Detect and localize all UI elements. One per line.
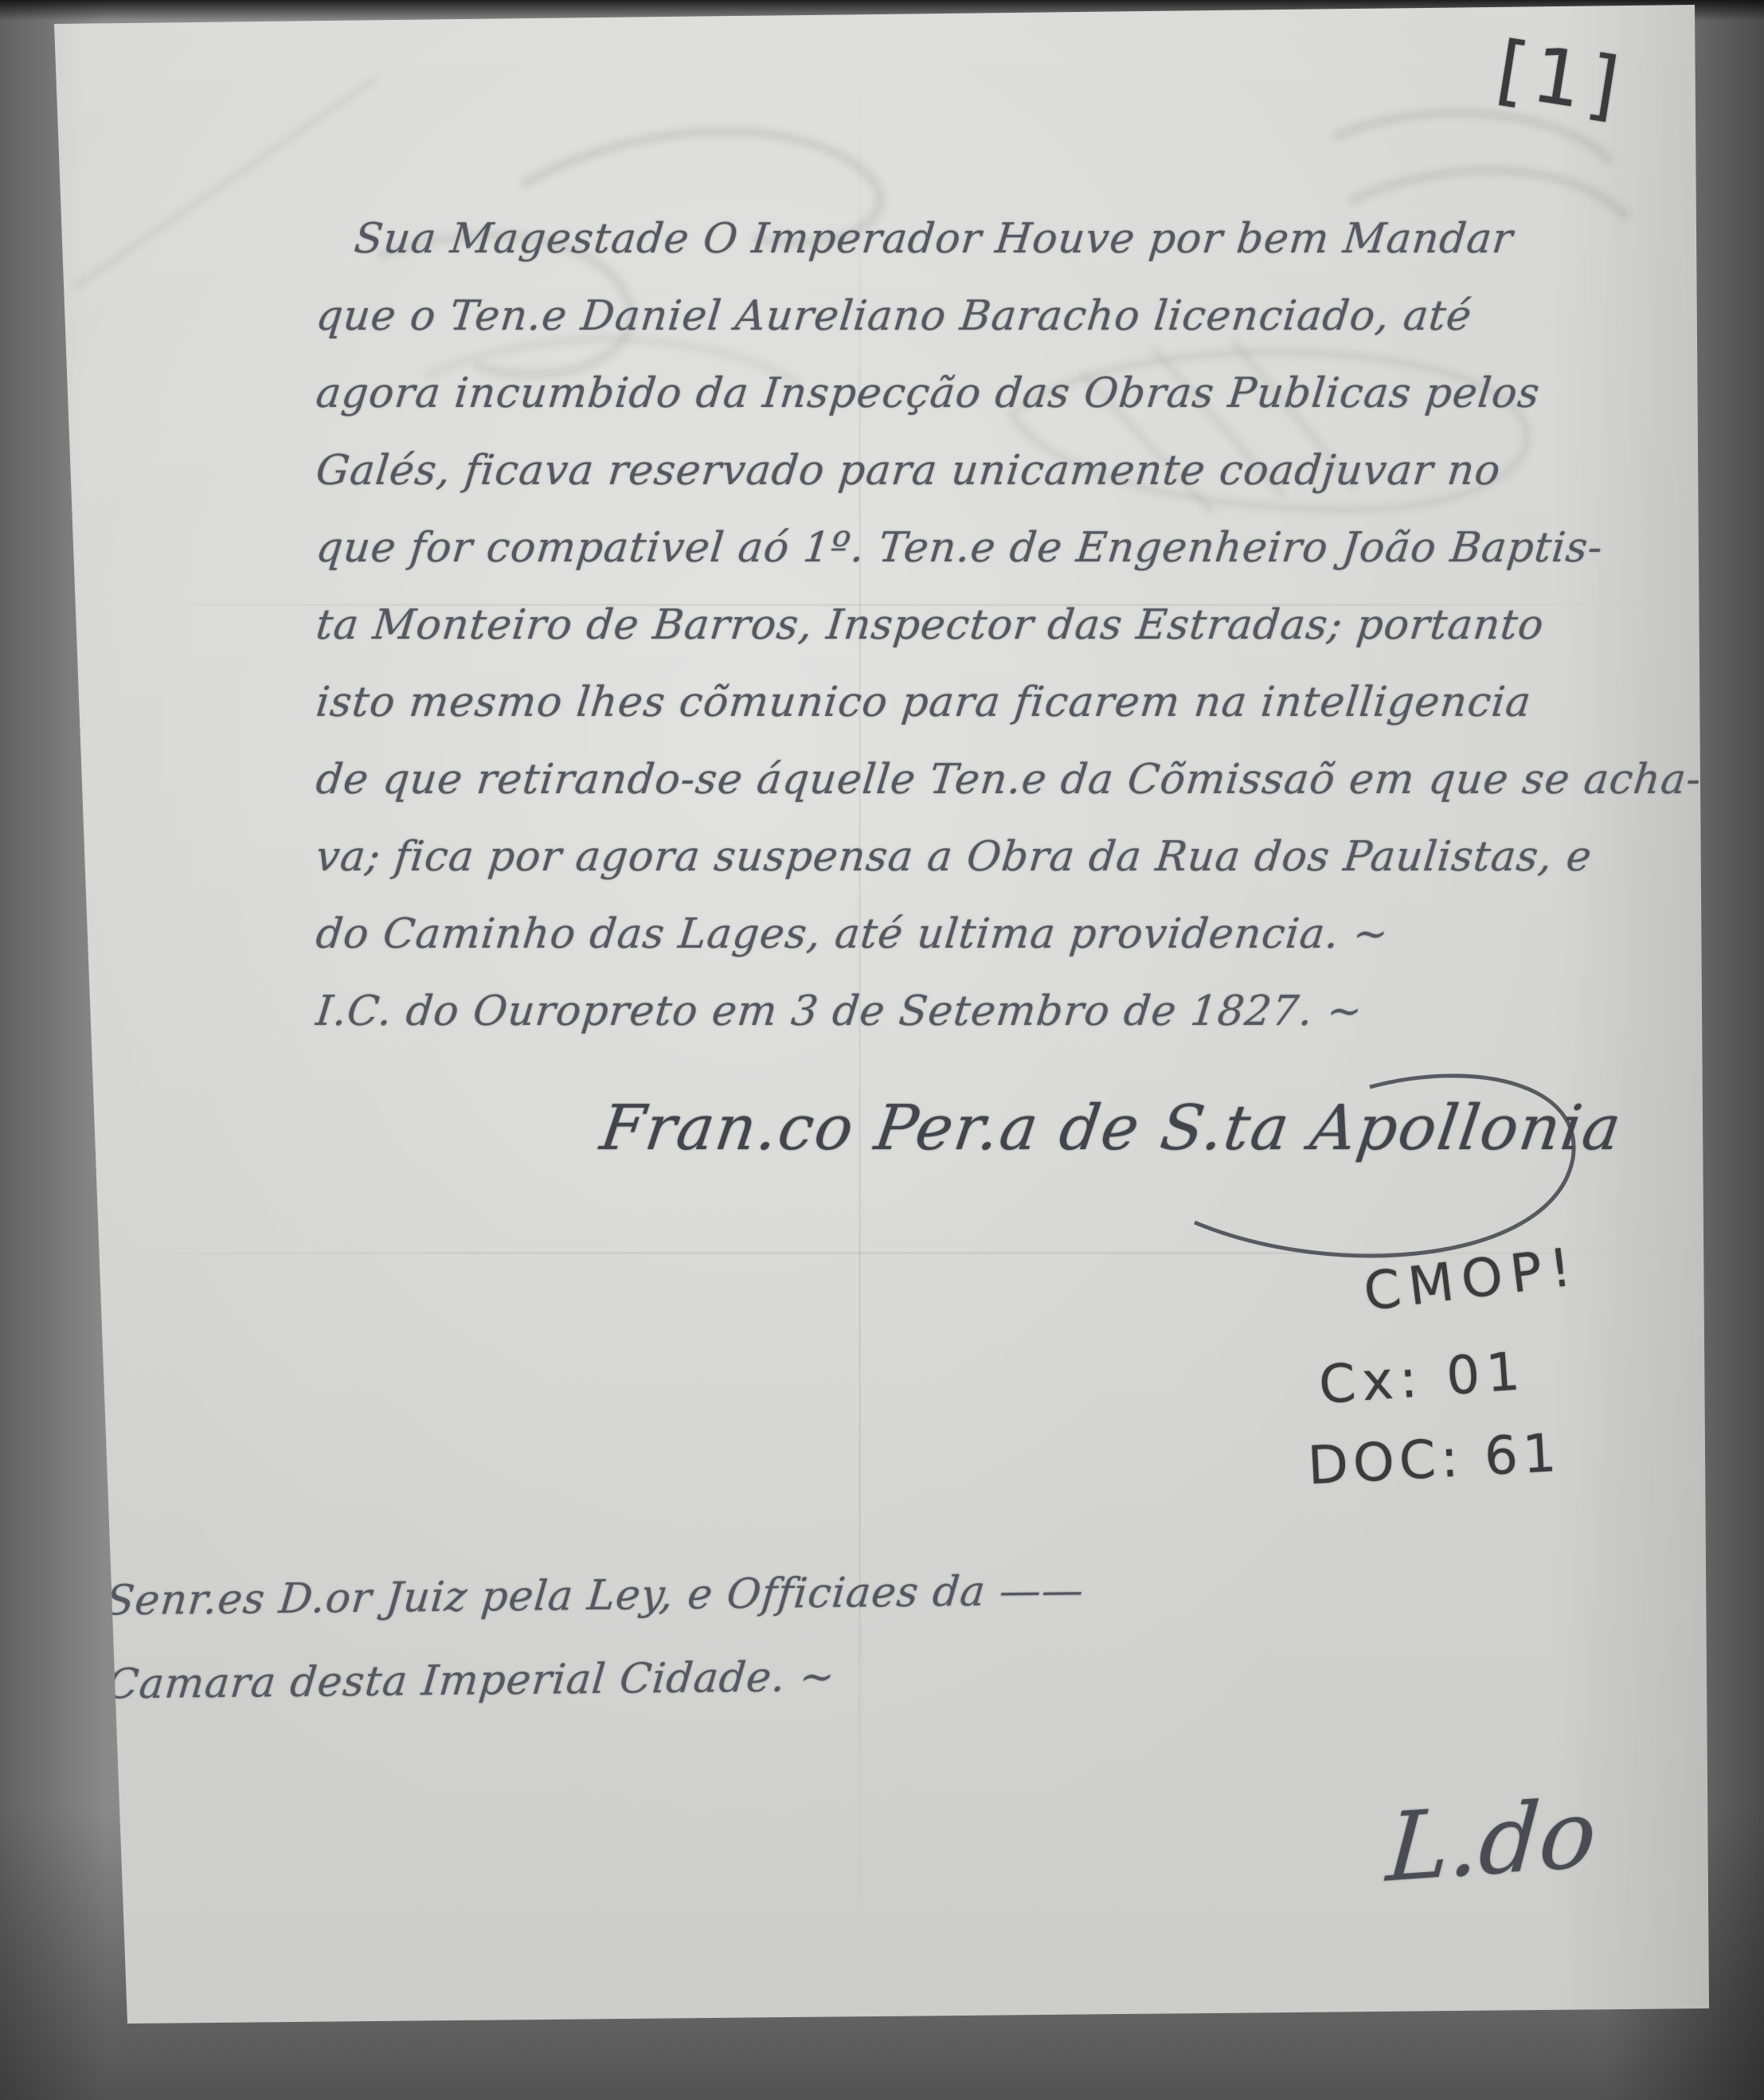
page-number-annotation: [1]: [1491, 24, 1631, 132]
manuscript-line: va; fica por agora suspensa a Obra da Ru…: [312, 819, 1705, 896]
archive-collection-code: CMOP!: [1360, 1236, 1582, 1323]
manuscript-line: Sua Magestade O Imperador Houve por bem …: [312, 201, 1705, 278]
addressee-block: Senr.es D.or Juiz pela Ley, e Officiaes …: [101, 1550, 1081, 1727]
scanned-document-page: Sua Magestade O Imperador Houve por bem …: [0, 0, 1764, 2100]
manuscript-line: que for compativel aó 1º. Ten.e de Engen…: [312, 510, 1705, 587]
registration-mark: L.do: [1383, 1777, 1600, 1903]
manuscript-line: isto mesmo lhes cõmunico para ficarem na…: [312, 664, 1705, 741]
manuscript-line: ta Monteiro de Barros, Inspector das Est…: [312, 587, 1705, 664]
manuscript-line: agora incumbido da Inspecção das Obras P…: [312, 355, 1705, 432]
archive-box-number: Cx: 01: [1317, 1340, 1528, 1416]
manuscript-body: Sua Magestade O Imperador Houve por bem …: [312, 201, 1697, 1050]
addressee-line: Senr.es D.or Juiz pela Ley, e Officiaes …: [102, 1549, 1088, 1643]
archive-document-number: DOC: 61: [1306, 1422, 1563, 1497]
addressee-line: Camara desta Imperial Cidade. ~: [103, 1633, 1089, 1727]
document-paper: Sua Magestade O Imperador Houve por bem …: [0, 0, 1764, 2100]
signature: Fran.co Per.a de S.ta Apollonia: [596, 1093, 1627, 1164]
manuscript-line: de que retirando-se áquelle Ten.e da Cõm…: [312, 741, 1705, 819]
manuscript-line: que o Ten.e Daniel Aureliano Baracho lic…: [312, 278, 1705, 355]
manuscript-dateline: I.C. do Ouropreto em 3 de Setembro de 18…: [312, 973, 1705, 1050]
manuscript-line: Galés, ficava reservado para unicamente …: [312, 432, 1705, 510]
manuscript-line: do Caminho das Lages, até ultima provide…: [312, 896, 1705, 973]
